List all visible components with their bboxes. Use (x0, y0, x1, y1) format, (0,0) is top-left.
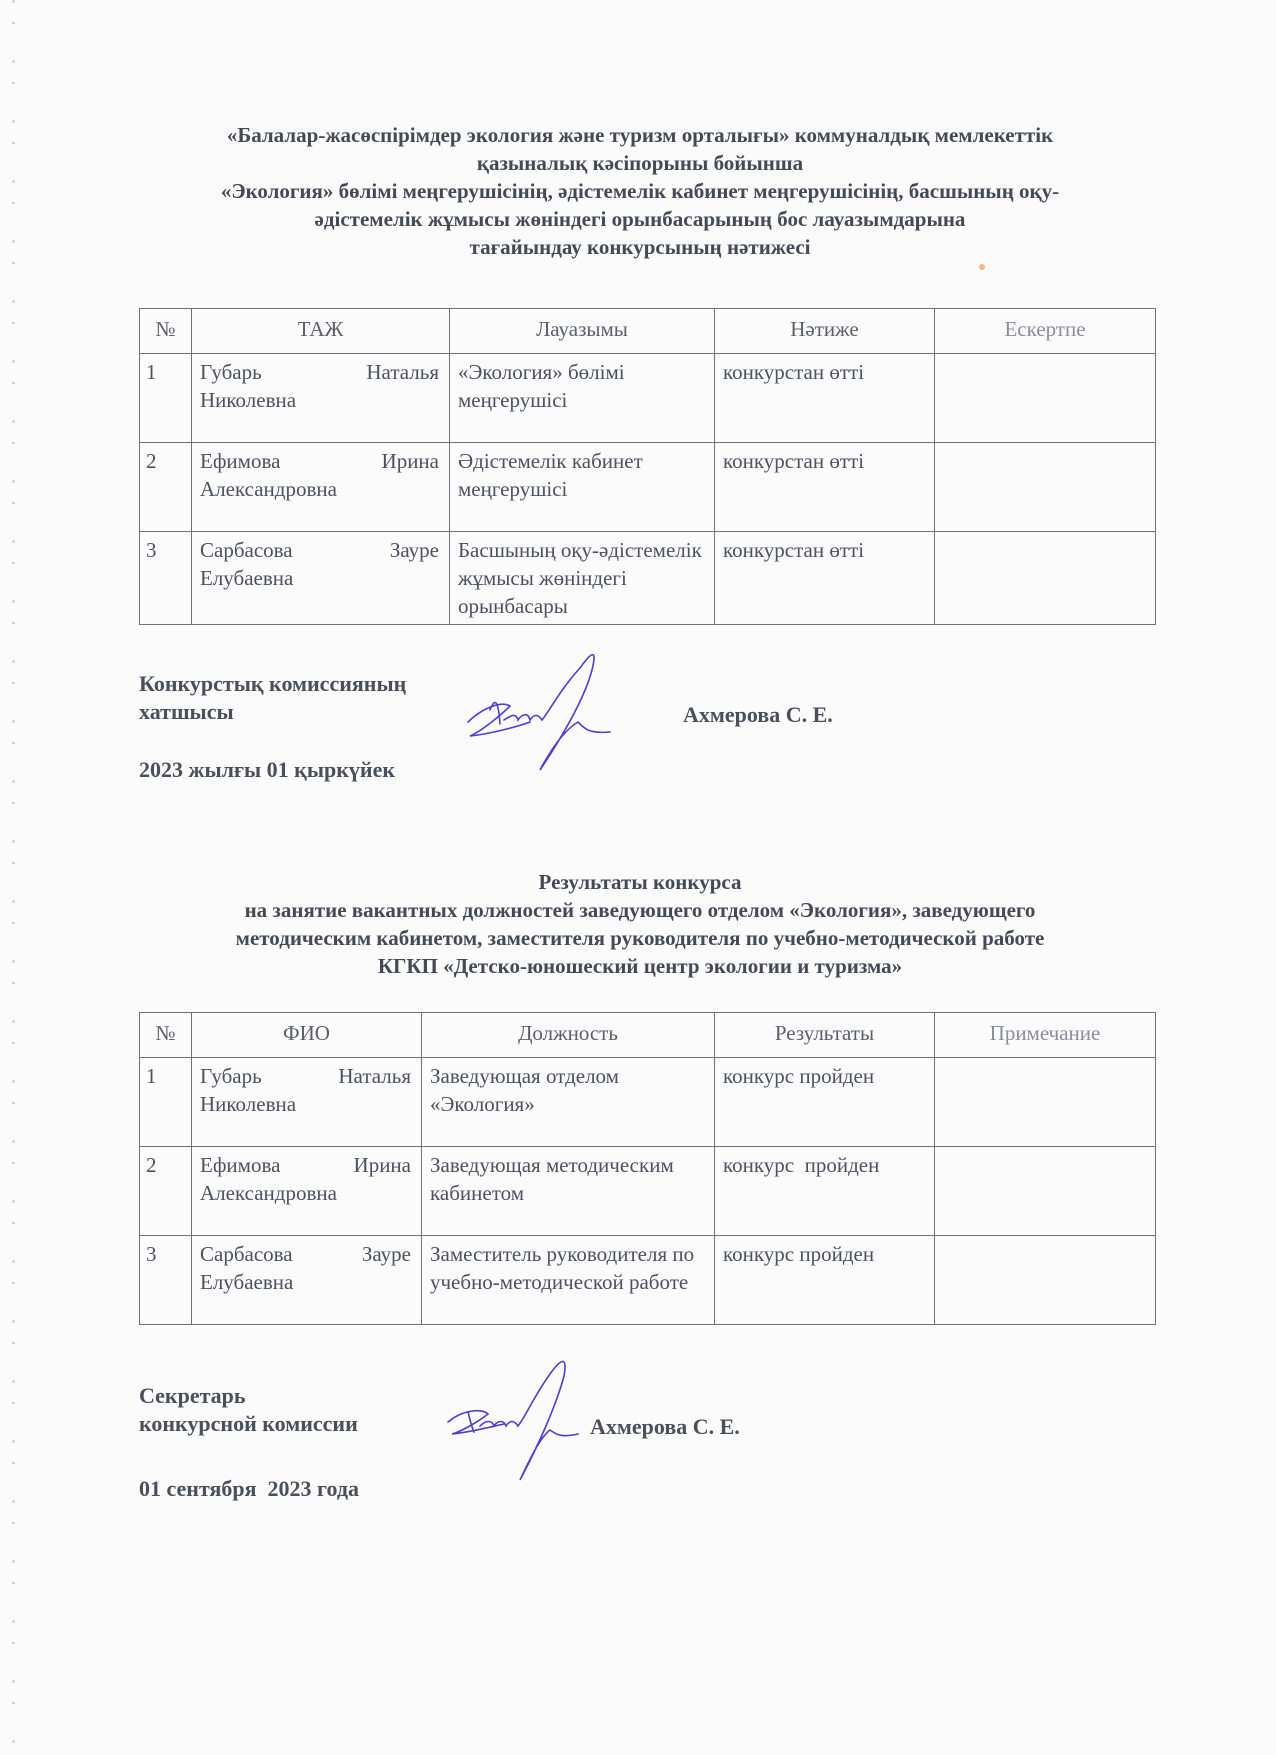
russian-date: 01 сентября 2023 года (139, 1476, 359, 1502)
header-name: ФИО (192, 1013, 422, 1058)
cell-position: Әдістемелік кабинет меңгерушісі (450, 443, 715, 532)
cell-name: Сарбасова Зауре Елубаевна (192, 532, 450, 625)
cell-position: Басшының оқу-әдістемелік жұмысы жөніндег… (450, 532, 715, 625)
russian-title: Результаты конкурса на занятие вакантных… (130, 868, 1150, 980)
russian-signatory-name: Ахмерова С. Е. (590, 1414, 740, 1440)
russian-results-table: № ФИО Должность Результаты Примечание 1 … (139, 1012, 1156, 1325)
cell-number: 1 (140, 1058, 192, 1147)
header-number: № (140, 1013, 192, 1058)
cell-result: конкурстан өтті (715, 443, 935, 532)
header-note: Примечание (935, 1013, 1156, 1058)
cell-result: конкурстан өтті (715, 354, 935, 443)
table-header-row: № ФИО Должность Результаты Примечание (140, 1013, 1156, 1058)
cell-position: Заведующая методическим кабинетом (422, 1147, 715, 1236)
cell-note (935, 1236, 1156, 1325)
cell-note (935, 1058, 1156, 1147)
cell-note (935, 443, 1156, 532)
title-line: қазыналық кәсіпорыны бойынша (130, 149, 1150, 177)
title-line: Результаты конкурса (130, 868, 1150, 896)
header-note: Ескертпе (935, 309, 1156, 354)
cell-position: Заведующая отделом «Экология» (422, 1058, 715, 1147)
title-line: «Экология» бөлімі меңгерушісінің, әдісте… (130, 177, 1150, 205)
title-line: на занятие вакантных должностей заведующ… (130, 896, 1150, 924)
title-line: «Балалар-жасөспірімдер экология және тур… (130, 121, 1150, 149)
scan-edge-artifact (12, 0, 15, 1755)
cell-number: 2 (140, 1147, 192, 1236)
kazakh-signature-role: Конкурстық комиссияның хатшысы (139, 670, 406, 726)
header-name: ТАЖ (192, 309, 450, 354)
table-row: 2 Ефимова Ирина Александровна Әдістемелі… (140, 443, 1156, 532)
title-line: КГКП «Детско-юношеский центр экологии и … (130, 952, 1150, 980)
role-line: конкурсной комиссии (139, 1410, 358, 1438)
role-line: Конкурстық комиссияның (139, 670, 406, 698)
stain-mark (979, 264, 985, 270)
table-row: 1 Губарь Наталья Николевна Заведующая от… (140, 1058, 1156, 1147)
cell-name: Сарбасова Зауре Елубаевна (192, 1236, 422, 1325)
cell-position: «Экология» бөлімі меңгерушісі (450, 354, 715, 443)
cell-note (935, 1147, 1156, 1236)
table-row: 3 Сарбасова Зауре Елубаевна Заместитель … (140, 1236, 1156, 1325)
header-position: Лауазымы (450, 309, 715, 354)
header-position: Должность (422, 1013, 715, 1058)
cell-position: Заместитель руководителя по учебно-метод… (422, 1236, 715, 1325)
cell-number: 3 (140, 532, 192, 625)
table-row: 3 Сарбасова Зауре Елубаевна Басшының оқу… (140, 532, 1156, 625)
cell-result: конкурс пройден (715, 1236, 935, 1325)
cell-name: Ефимова Ирина Александровна (192, 1147, 422, 1236)
kazakh-date: 2023 жылғы 01 қыркүйек (139, 757, 395, 783)
header-result: Нәтиже (715, 309, 935, 354)
kazakh-title: «Балалар-жасөспірімдер экология және тур… (130, 121, 1150, 261)
cell-result: конкурс пройден (715, 1058, 935, 1147)
header-result: Результаты (715, 1013, 935, 1058)
cell-note (935, 532, 1156, 625)
table-row: 2 Ефимова Ирина Александровна Заведующая… (140, 1147, 1156, 1236)
cell-result: конкурстан өтті (715, 532, 935, 625)
kazakh-signatory-name: Ахмерова С. Е. (683, 702, 833, 728)
cell-result: конкурс пройден (715, 1147, 935, 1236)
table-header-row: № ТАЖ Лауазымы Нәтиже Ескертпе (140, 309, 1156, 354)
handwritten-signature-icon (460, 640, 680, 780)
title-line: методическим кабинетом, заместителя руко… (130, 924, 1150, 952)
cell-number: 2 (140, 443, 192, 532)
title-line: тағайындау конкурсының нәтижесі (130, 233, 1150, 261)
kazakh-results-table: № ТАЖ Лауазымы Нәтиже Ескертпе 1 Губарь … (139, 308, 1156, 625)
russian-signature-role: Секретарь конкурсной комиссии (139, 1382, 358, 1438)
title-line: әдістемелік жұмысы жөніндегі орынбасарын… (130, 205, 1150, 233)
cell-name: Губарь Наталья Николевна (192, 1058, 422, 1147)
cell-note (935, 354, 1156, 443)
table-row: 1 Губарь Наталья Николевна «Экология» бө… (140, 354, 1156, 443)
role-line: Секретарь (139, 1382, 358, 1410)
header-number: № (140, 309, 192, 354)
role-line: хатшысы (139, 698, 406, 726)
cell-name: Губарь Наталья Николевна (192, 354, 450, 443)
cell-number: 3 (140, 1236, 192, 1325)
cell-number: 1 (140, 354, 192, 443)
cell-name: Ефимова Ирина Александровна (192, 443, 450, 532)
